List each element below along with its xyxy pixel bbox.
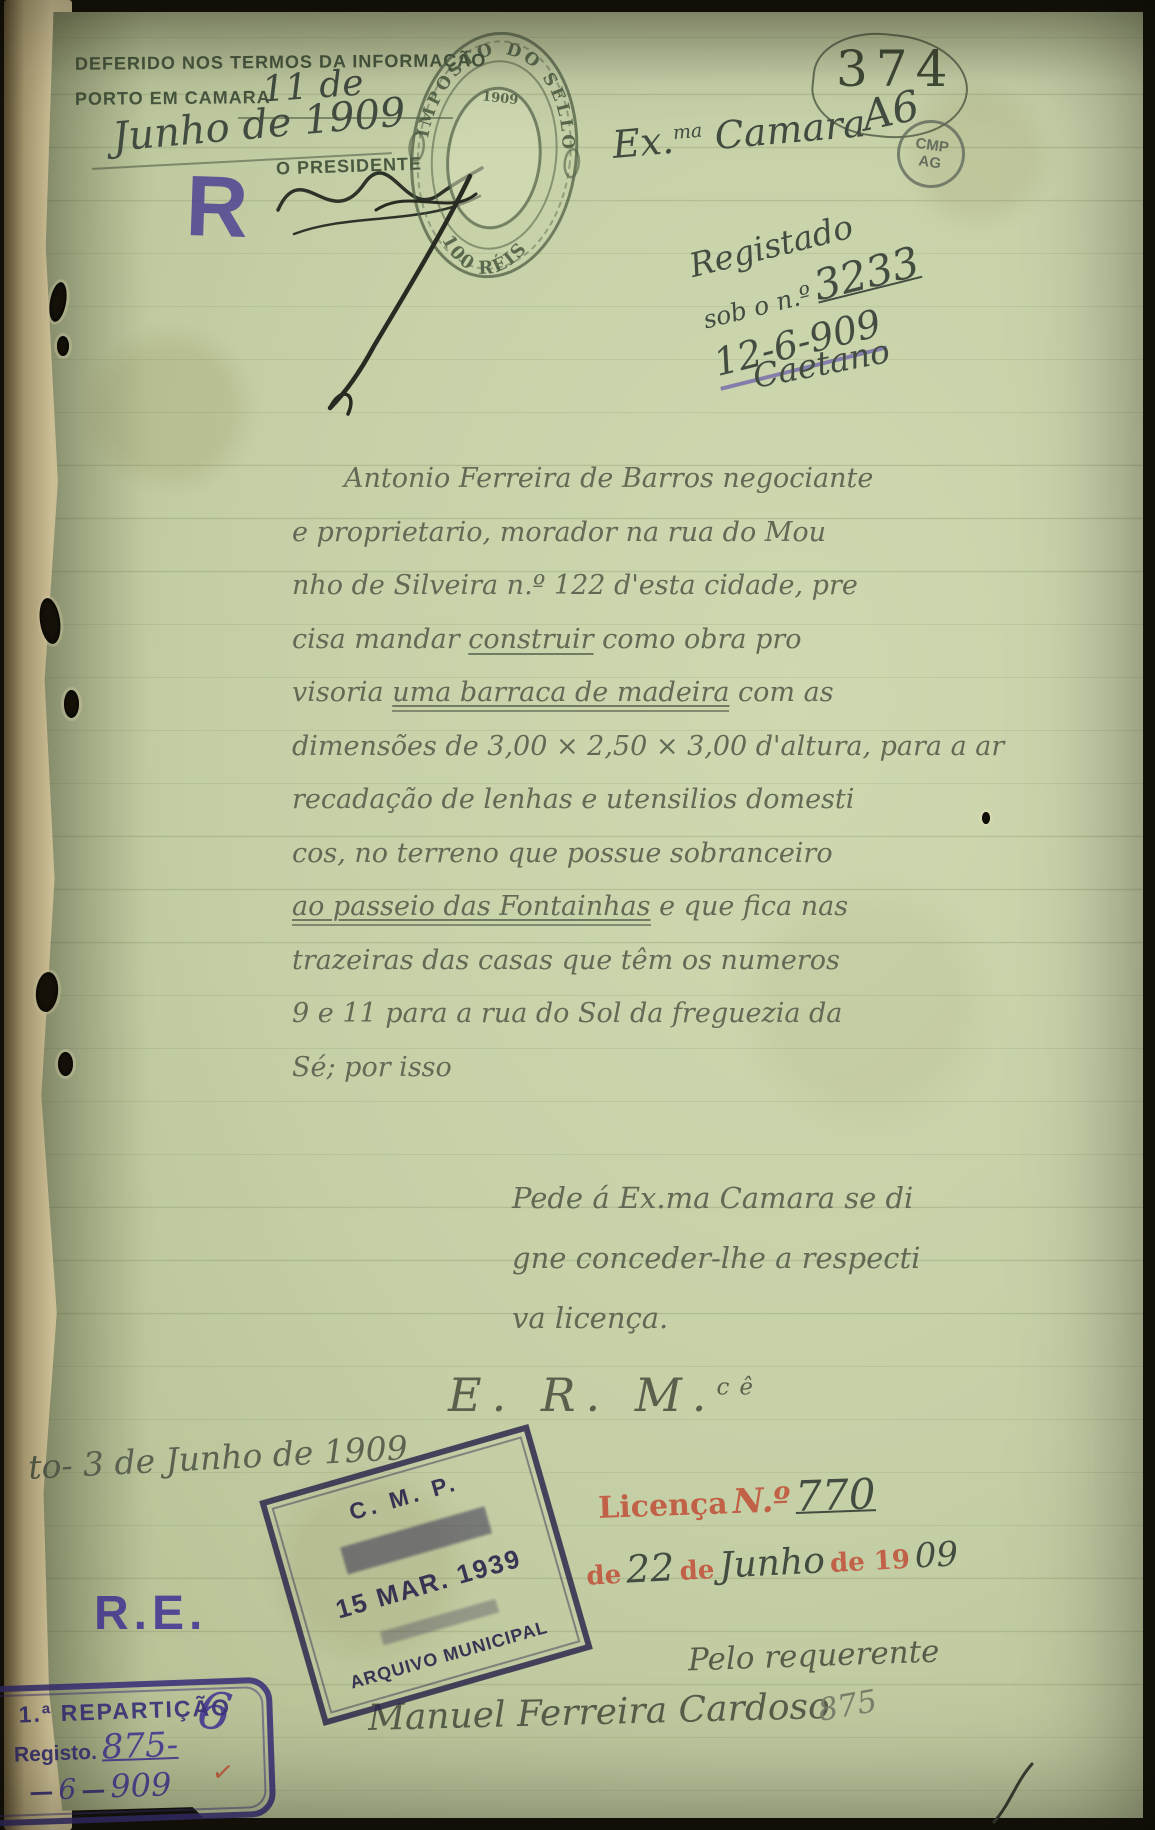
worm-hole [64, 690, 79, 718]
petition-block: Pede á Ex.ma Camara se di gne conceder-l… [512, 1168, 920, 1348]
licence-month: Junho [718, 1540, 826, 1586]
body-line: Antonio Ferreira de Barros negociante [292, 452, 1004, 506]
body-line: cos, no terreno que possue sobranceiro [292, 827, 1004, 881]
closing-sup: cê [716, 1375, 763, 1401]
petition-line: va licença. [512, 1288, 920, 1348]
body-line: dimensões de 3,00 × 2,50 × 3,00 d'altura… [292, 720, 1004, 774]
worm-hole [58, 1052, 73, 1076]
badge-line2: AG [917, 152, 942, 172]
salutation-main: Ex. [611, 118, 676, 167]
body-line: visoria uma barraca de madeira com as [292, 666, 1004, 720]
body-line: Sé; por isso [292, 1041, 1004, 1095]
salutation-sup: ma [672, 120, 703, 144]
registry-letter-mark: R [184, 157, 250, 258]
registry-stamp-inner-border [0, 1686, 267, 1818]
licence-de3: de 19 [829, 1545, 910, 1579]
body-line: cisa mandar construir como obra pro [292, 613, 1004, 667]
body-line: 9 e 11 para a rua do Sol da freguezia da [292, 987, 1004, 1041]
re-mark: R.E. [94, 1586, 207, 1641]
worm-hole [57, 336, 69, 356]
ink-spot [982, 812, 990, 824]
body-lines: Antonio Ferreira de Barros negociantee p… [292, 452, 1004, 1094]
licence-de1: de [586, 1560, 622, 1592]
body-line: nho de Silveira n.º 122 d'esta cidade, p… [292, 559, 1004, 613]
petition-line: gne conceder-lhe a respecti [512, 1228, 920, 1288]
pen-mark [982, 1760, 1042, 1826]
closing-formula: E. R. M.cê [448, 1368, 763, 1422]
licence-day: 22 [625, 1545, 676, 1591]
licence-number: 770 [794, 1469, 876, 1521]
body-line: trazeiras das casas que têm os numeros [292, 934, 1004, 988]
licence-year: 09 [914, 1534, 959, 1576]
petition-line: Pede á Ex.ma Camara se di [512, 1168, 920, 1228]
licence-line1: Licença N.º 770 [597, 1469, 876, 1528]
registry-stamp: 1.ª REPARTIÇÃO Registo. 875- — 6 — 909 [0, 1677, 276, 1828]
closing-main: E. R. M. [448, 1368, 716, 1422]
licence-no: N.º [732, 1480, 791, 1522]
licence-label: Licença [598, 1486, 729, 1525]
licence-de2: de [679, 1555, 715, 1587]
body-line: ao passeio das Fontainhas e que fica nas [292, 880, 1004, 934]
pen-flourish [318, 168, 488, 418]
body-line: e proprietario, morador na rua do Mou [292, 506, 1004, 560]
body-line: recadação de lenhas e utensilios domesti [292, 773, 1004, 827]
